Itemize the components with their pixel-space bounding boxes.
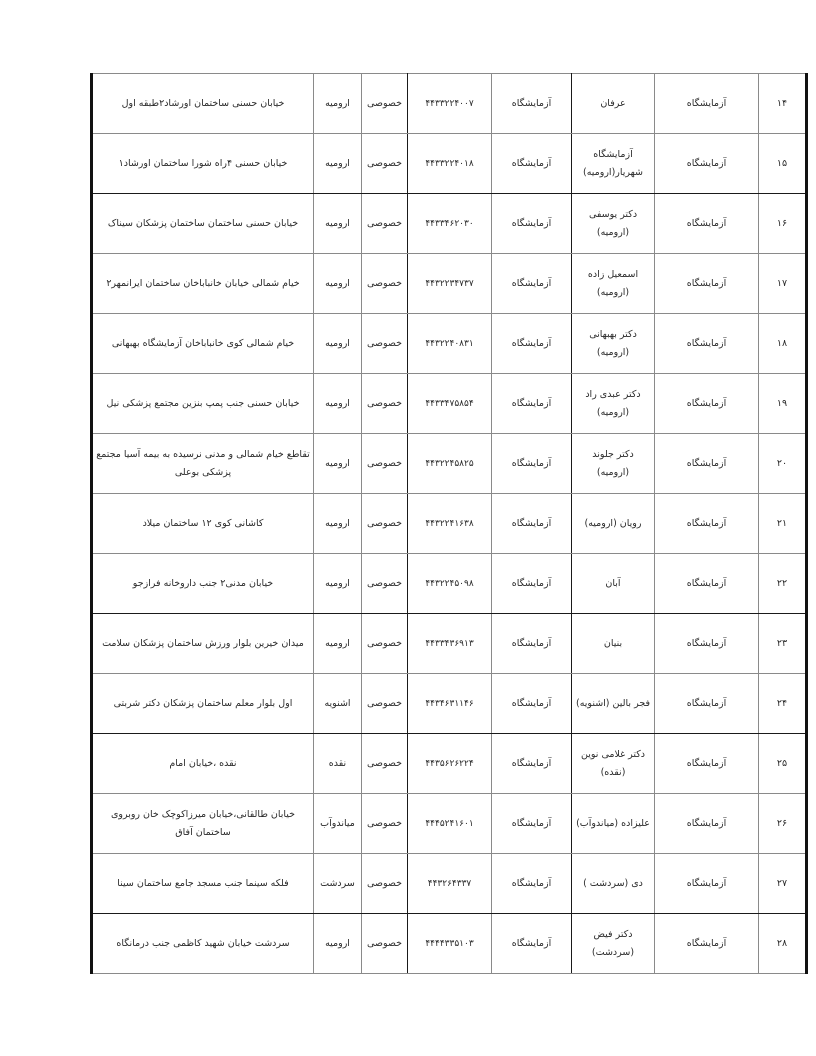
facility-name: آبان [605, 578, 620, 589]
facility-category: آزمایشگاه [512, 938, 551, 949]
table-row: ۱۴ آزمایشگاه عرفان آزمایشگاه ۴۴۳۳۲۲۴۰۰۷ … [92, 74, 807, 134]
category-cell: آزمایشگاه [492, 914, 572, 974]
table-row: ۲۱ آزمایشگاه رویان (ارومیه) آزمایشگاه ۴۴… [92, 494, 807, 554]
address-cell: خیام شمالی خیابان خانباباخان ساختمان ایر… [92, 254, 314, 314]
address-cell: فلکه سینما جنب مسجد جامع ساختمان سینا [92, 854, 314, 914]
category-cell: آزمایشگاه [492, 794, 572, 854]
ownership-status: خصوصی [367, 278, 402, 289]
city-name: اشنویه [324, 698, 350, 709]
address-text: تقاطع خیام شمالی و مدنی نرسیده به بیمه آ… [96, 449, 310, 478]
city-name: میاندوآب [320, 818, 355, 829]
phone-cell: ۴۴۳۲۲۴۵۰۹۸ [408, 554, 492, 614]
facility-type: آزمایشگاه [687, 158, 726, 169]
row-number-cell: ۱۸ [759, 314, 807, 374]
facility-category: آزمایشگاه [512, 818, 551, 829]
phone-cell: ۴۴۳۳۴۷۵۸۵۴ [408, 374, 492, 434]
ownership-status: خصوصی [367, 338, 402, 349]
phone-cell: ۴۴۳۲۲۴۱۶۳۸ [408, 494, 492, 554]
table-row: ۲۰ آزمایشگاه دکتر جلوند (ارومیه) آزمایشگ… [92, 434, 807, 494]
facility-name: دکتر فیض (سردشت) [592, 929, 634, 958]
facility-category: آزمایشگاه [512, 578, 551, 589]
phone-cell: ۴۴۳۲۲۳۴۷۳۷ [408, 254, 492, 314]
city-name: ارومیه [325, 398, 350, 409]
facility-category: آزمایشگاه [512, 338, 551, 349]
city-name: ارومیه [325, 638, 350, 649]
row-number-cell: ۲۴ [759, 674, 807, 734]
name-cell: دکتر عبدی راد (ارومیه) [572, 374, 655, 434]
address-cell: خیابان حسنی ساختمان اورشاد۲طبقه اول [92, 74, 314, 134]
ownership-status: خصوصی [367, 938, 402, 949]
phone-number: ۴۴۳۲۶۴۳۳۷ [428, 879, 472, 889]
name-cell: آبان [572, 554, 655, 614]
facility-type: آزمایشگاه [687, 98, 726, 109]
type-cell: آزمایشگاه [655, 134, 759, 194]
facility-type: آزمایشگاه [687, 878, 726, 889]
name-cell: دکتر بهبهانی (ارومیه) [572, 314, 655, 374]
table-row: ۲۵ آزمایشگاه دکتر غلامی نوین (نقده) آزما… [92, 734, 807, 794]
phone-number: ۴۴۳۳۴۶۲۰۳۰ [425, 219, 473, 229]
city-cell: ارومیه [314, 314, 362, 374]
ownership-status: خصوصی [367, 458, 402, 469]
category-cell: آزمایشگاه [492, 194, 572, 254]
type-cell: آزمایشگاه [655, 74, 759, 134]
facility-category: آزمایشگاه [512, 518, 551, 529]
facility-category: آزمایشگاه [512, 98, 551, 109]
address-cell: خیابان حسنی ساختمان ساختمان پزشکان سیناک [92, 194, 314, 254]
ownership-status: خصوصی [367, 878, 402, 889]
phone-cell: ۴۴۳۳۲۲۴۰۰۷ [408, 74, 492, 134]
address-text: خیابان حسنی ساختمان اورشاد۲طبقه اول [122, 98, 285, 109]
address-cell: خیابان حسنی ۴راه شورا ساختمان اورشاد۱ [92, 134, 314, 194]
address-cell: سردشت خیابان شهید کاظمی جنب درمانگاه [92, 914, 314, 974]
facility-category: آزمایشگاه [512, 458, 551, 469]
ownership-cell: خصوصی [362, 554, 408, 614]
facility-name: عرفان [600, 98, 625, 109]
table-row: ۱۶ آزمایشگاه دکتر یوسفی (ارومیه) آزمایشگ… [92, 194, 807, 254]
phone-cell: ۴۴۳۲۲۴۵۸۲۵ [408, 434, 492, 494]
facility-type: آزمایشگاه [687, 698, 726, 709]
row-number: ۲۵ [777, 758, 787, 769]
facility-category: آزمایشگاه [512, 758, 551, 769]
name-cell: دکتر غلامی نوین (نقده) [572, 734, 655, 794]
ownership-status: خصوصی [367, 218, 402, 229]
row-number-cell: ۲۶ [759, 794, 807, 854]
city-cell: اشنویه [314, 674, 362, 734]
ownership-cell: خصوصی [362, 194, 408, 254]
city-cell: ارومیه [314, 74, 362, 134]
facility-name: دکتر غلامی نوین (نقده) [581, 749, 645, 778]
city-cell: ارومیه [314, 194, 362, 254]
facility-name: دکتر بهبهانی (ارومیه) [589, 329, 637, 358]
ownership-status: خصوصی [367, 758, 402, 769]
ownership-cell: خصوصی [362, 674, 408, 734]
facility-name: بنیان [604, 638, 622, 649]
name-cell: دکتر فیض (سردشت) [572, 914, 655, 974]
facility-type: آزمایشگاه [687, 938, 726, 949]
ownership-status: خصوصی [367, 578, 402, 589]
ownership-cell: خصوصی [362, 734, 408, 794]
document-page: ۱۴ آزمایشگاه عرفان آزمایشگاه ۴۴۳۳۲۲۴۰۰۷ … [0, 0, 816, 1056]
address-text: فلکه سینما جنب مسجد جامع ساختمان سینا [117, 878, 288, 889]
type-cell: آزمایشگاه [655, 674, 759, 734]
row-number: ۲۳ [777, 638, 787, 649]
type-cell: آزمایشگاه [655, 434, 759, 494]
table-row: ۲۷ آزمایشگاه دی (سردشت ) آزمایشگاه ۴۴۳۲۶… [92, 854, 807, 914]
table-row: ۱۸ آزمایشگاه دکتر بهبهانی (ارومیه) آزمای… [92, 314, 807, 374]
table-row: ۲۶ آزمایشگاه علیزاده (میاندوآب) آزمایشگا… [92, 794, 807, 854]
address-text: خیابان حسنی ۴راه شورا ساختمان اورشاد۱ [119, 158, 288, 169]
city-name: نقده [329, 758, 346, 769]
type-cell: آزمایشگاه [655, 194, 759, 254]
category-cell: آزمایشگاه [492, 674, 572, 734]
city-name: سردشت [320, 878, 355, 889]
row-number-cell: ۲۰ [759, 434, 807, 494]
facility-type: آزمایشگاه [687, 458, 726, 469]
ownership-cell: خصوصی [362, 254, 408, 314]
table-row: ۱۷ آزمایشگاه اسمعیل زاده (ارومیه) آزمایش… [92, 254, 807, 314]
category-cell: آزمایشگاه [492, 854, 572, 914]
city-cell: ارومیه [314, 254, 362, 314]
row-number: ۱۹ [777, 398, 787, 409]
ownership-cell: خصوصی [362, 854, 408, 914]
row-number: ۱۷ [777, 278, 787, 289]
facility-name: اسمعیل زاده (ارومیه) [588, 269, 638, 298]
facility-type: آزمایشگاه [687, 218, 726, 229]
phone-number: ۴۴۳۲۲۴۵۸۲۵ [425, 459, 473, 469]
ownership-cell: خصوصی [362, 314, 408, 374]
address-cell: خیابان حسنی جنب پمپ بنزین مجتمع پزشکی نی… [92, 374, 314, 434]
facility-category: آزمایشگاه [512, 878, 551, 889]
ownership-status: خصوصی [367, 518, 402, 529]
ownership-cell: خصوصی [362, 74, 408, 134]
row-number-cell: ۱۷ [759, 254, 807, 314]
address-text: خیام شمالی کوی خانباباخان آزمایشگاه بهبه… [112, 338, 294, 349]
ownership-status: خصوصی [367, 638, 402, 649]
address-cell: نقده ،خیابان امام [92, 734, 314, 794]
city-name: ارومیه [325, 338, 350, 349]
ownership-cell: خصوصی [362, 614, 408, 674]
row-number: ۲۷ [777, 878, 787, 889]
phone-cell: ۴۴۴۴۳۳۵۱۰۳ [408, 914, 492, 974]
city-cell: ارومیه [314, 134, 362, 194]
city-cell: نقده [314, 734, 362, 794]
row-number: ۲۲ [777, 578, 787, 589]
address-text: خیابان حسنی ساختمان ساختمان پزشکان سیناک [108, 218, 298, 229]
type-cell: آزمایشگاه [655, 254, 759, 314]
facility-category: آزمایشگاه [512, 698, 551, 709]
phone-cell: ۴۴۳۳۴۳۶۹۱۳ [408, 614, 492, 674]
type-cell: آزمایشگاه [655, 374, 759, 434]
facility-name: آزمایشگاه شهریار(ارومیه) [583, 149, 643, 178]
city-name: ارومیه [325, 218, 350, 229]
row-number-cell: ۲۳ [759, 614, 807, 674]
ownership-status: خصوصی [367, 158, 402, 169]
phone-cell: ۴۴۴۵۲۴۱۶۰۱ [408, 794, 492, 854]
category-cell: آزمایشگاه [492, 614, 572, 674]
ownership-status: خصوصی [367, 818, 402, 829]
facility-type: آزمایشگاه [687, 638, 726, 649]
name-cell: رویان (ارومیه) [572, 494, 655, 554]
phone-number: ۴۴۳۳۴۳۶۹۱۳ [425, 639, 473, 649]
facility-category: آزمایشگاه [512, 218, 551, 229]
address-cell: کاشانی کوی ۱۲ ساختمان میلاد [92, 494, 314, 554]
name-cell: فجر بالین (اشنویه) [572, 674, 655, 734]
ownership-cell: خصوصی [362, 914, 408, 974]
phone-number: ۴۴۴۴۳۳۵۱۰۳ [425, 939, 473, 949]
address-cell: خیابان طالقانی،خیابان میرزاکوچک خان روبر… [92, 794, 314, 854]
row-number: ۲۰ [777, 458, 787, 469]
address-text: خیابان حسنی جنب پمپ بنزین مجتمع پزشکی نی… [107, 398, 300, 409]
city-cell: سردشت [314, 854, 362, 914]
facility-category: آزمایشگاه [512, 278, 551, 289]
facility-type: آزمایشگاه [687, 818, 726, 829]
facility-type: آزمایشگاه [687, 278, 726, 289]
name-cell: علیزاده (میاندوآب) [572, 794, 655, 854]
ownership-cell: خصوصی [362, 434, 408, 494]
address-text: کاشانی کوی ۱۲ ساختمان میلاد [143, 518, 264, 529]
facility-type: آزمایشگاه [687, 518, 726, 529]
phone-cell: ۴۴۳۳۲۲۴۰۱۸ [408, 134, 492, 194]
table-row: ۲۴ آزمایشگاه فجر بالین (اشنویه) آزمایشگا… [92, 674, 807, 734]
type-cell: آزمایشگاه [655, 914, 759, 974]
phone-number: ۴۴۳۲۲۴۱۶۳۸ [425, 519, 473, 529]
facility-type: آزمایشگاه [687, 578, 726, 589]
row-number: ۱۴ [777, 98, 787, 109]
row-number-cell: ۲۷ [759, 854, 807, 914]
phone-cell: ۴۴۳۲۶۴۳۳۷ [408, 854, 492, 914]
address-cell: خیابان مدنی۲ جنب داروخانه فرازجو [92, 554, 314, 614]
phone-number: ۴۴۳۵۶۲۶۲۲۴ [425, 759, 473, 769]
row-number: ۱۶ [777, 218, 787, 229]
row-number-cell: ۲۵ [759, 734, 807, 794]
city-name: ارومیه [325, 278, 350, 289]
laboratory-table: ۱۴ آزمایشگاه عرفان آزمایشگاه ۴۴۳۳۲۲۴۰۰۷ … [90, 73, 808, 974]
address-text: خیابان طالقانی،خیابان میرزاکوچک خان روبر… [111, 809, 295, 838]
row-number: ۱۸ [777, 338, 787, 349]
city-cell: ارومیه [314, 914, 362, 974]
type-cell: آزمایشگاه [655, 494, 759, 554]
table-row: ۲۲ آزمایشگاه آبان آزمایشگاه ۴۴۳۲۲۴۵۰۹۸ خ… [92, 554, 807, 614]
ownership-status: خصوصی [367, 698, 402, 709]
phone-number: ۴۴۳۲۲۴۰۸۳۱ [425, 339, 473, 349]
phone-number: ۴۴۳۳۲۲۴۰۰۷ [425, 99, 473, 109]
phone-cell: ۴۴۳۴۶۳۱۱۴۶ [408, 674, 492, 734]
category-cell: آزمایشگاه [492, 374, 572, 434]
facility-category: آزمایشگاه [512, 158, 551, 169]
phone-cell: ۴۴۳۵۶۲۶۲۲۴ [408, 734, 492, 794]
facility-type: آزمایشگاه [687, 398, 726, 409]
facility-name: دکتر یوسفی (ارومیه) [589, 209, 637, 238]
row-number: ۲۴ [777, 698, 787, 709]
ownership-cell: خصوصی [362, 494, 408, 554]
facility-category: آزمایشگاه [512, 638, 551, 649]
row-number: ۲۸ [777, 938, 787, 949]
facility-name: دکتر جلوند (ارومیه) [592, 449, 633, 478]
address-text: خیام شمالی خیابان خانباباخان ساختمان ایر… [106, 278, 299, 289]
row-number-cell: ۱۶ [759, 194, 807, 254]
address-text: نقده ،خیابان امام [169, 758, 236, 769]
row-number-cell: ۲۱ [759, 494, 807, 554]
city-cell: ارومیه [314, 374, 362, 434]
city-cell: میاندوآب [314, 794, 362, 854]
city-name: ارومیه [325, 98, 350, 109]
name-cell: عرفان [572, 74, 655, 134]
city-cell: ارومیه [314, 434, 362, 494]
address-cell: اول بلوار معلم ساختمان پزشکان دکتر شربتی [92, 674, 314, 734]
category-cell: آزمایشگاه [492, 134, 572, 194]
facility-name: دی (سردشت ) [583, 878, 643, 889]
table-row: ۲۳ آزمایشگاه بنیان آزمایشگاه ۴۴۳۳۴۳۶۹۱۳ … [92, 614, 807, 674]
facility-name: فجر بالین (اشنویه) [576, 698, 650, 709]
ownership-cell: خصوصی [362, 374, 408, 434]
category-cell: آزمایشگاه [492, 434, 572, 494]
phone-cell: ۴۴۳۲۲۴۰۸۳۱ [408, 314, 492, 374]
ownership-cell: خصوصی [362, 794, 408, 854]
phone-cell: ۴۴۳۳۴۶۲۰۳۰ [408, 194, 492, 254]
city-cell: ارومیه [314, 494, 362, 554]
facility-category: آزمایشگاه [512, 398, 551, 409]
facility-name: دکتر عبدی راد (ارومیه) [585, 389, 640, 418]
address-cell: خیام شمالی کوی خانباباخان آزمایشگاه بهبه… [92, 314, 314, 374]
address-text: سردشت خیابان شهید کاظمی جنب درمانگاه [116, 938, 289, 949]
category-cell: آزمایشگاه [492, 554, 572, 614]
name-cell: اسمعیل زاده (ارومیه) [572, 254, 655, 314]
category-cell: آزمایشگاه [492, 254, 572, 314]
address-cell: تقاطع خیام شمالی و مدنی نرسیده به بیمه آ… [92, 434, 314, 494]
city-cell: ارومیه [314, 554, 362, 614]
row-number: ۲۱ [777, 518, 787, 529]
city-cell: ارومیه [314, 614, 362, 674]
ownership-status: خصوصی [367, 98, 402, 109]
category-cell: آزمایشگاه [492, 314, 572, 374]
ownership-cell: خصوصی [362, 134, 408, 194]
row-number: ۲۶ [777, 818, 787, 829]
address-text: خیابان مدنی۲ جنب داروخانه فرازجو [133, 578, 273, 589]
address-cell: میدان خیرین بلوار ورزش ساختمان پزشکان سل… [92, 614, 314, 674]
city-name: ارومیه [325, 938, 350, 949]
address-text: میدان خیرین بلوار ورزش ساختمان پزشکان سل… [102, 638, 304, 649]
phone-number: ۴۴۳۲۲۴۵۰۹۸ [425, 579, 473, 589]
type-cell: آزمایشگاه [655, 614, 759, 674]
ownership-status: خصوصی [367, 398, 402, 409]
type-cell: آزمایشگاه [655, 554, 759, 614]
type-cell: آزمایشگاه [655, 734, 759, 794]
row-number-cell: ۱۵ [759, 134, 807, 194]
facility-type: آزمایشگاه [687, 338, 726, 349]
name-cell: دکتر یوسفی (ارومیه) [572, 194, 655, 254]
type-cell: آزمایشگاه [655, 854, 759, 914]
phone-number: ۴۴۳۴۶۳۱۱۴۶ [425, 699, 473, 709]
city-name: ارومیه [325, 578, 350, 589]
city-name: ارومیه [325, 458, 350, 469]
type-cell: آزمایشگاه [655, 794, 759, 854]
row-number-cell: ۱۹ [759, 374, 807, 434]
category-cell: آزمایشگاه [492, 74, 572, 134]
phone-number: ۴۴۳۳۲۲۴۰۱۸ [425, 159, 473, 169]
facility-name: علیزاده (میاندوآب) [576, 818, 650, 829]
name-cell: دی (سردشت ) [572, 854, 655, 914]
facility-name: رویان (ارومیه) [585, 518, 642, 529]
phone-number: ۴۴۳۲۲۳۴۷۳۷ [425, 279, 473, 289]
type-cell: آزمایشگاه [655, 314, 759, 374]
name-cell: بنیان [572, 614, 655, 674]
table-row: ۱۵ آزمایشگاه آزمایشگاه شهریار(ارومیه) آز… [92, 134, 807, 194]
category-cell: آزمایشگاه [492, 734, 572, 794]
name-cell: دکتر جلوند (ارومیه) [572, 434, 655, 494]
facility-type: آزمایشگاه [687, 758, 726, 769]
city-name: ارومیه [325, 158, 350, 169]
name-cell: آزمایشگاه شهریار(ارومیه) [572, 134, 655, 194]
table-row: ۱۹ آزمایشگاه دکتر عبدی راد (ارومیه) آزما… [92, 374, 807, 434]
phone-number: ۴۴۳۳۴۷۵۸۵۴ [425, 399, 473, 409]
table-row: ۲۸ آزمایشگاه دکتر فیض (سردشت) آزمایشگاه … [92, 914, 807, 974]
row-number-cell: ۲۲ [759, 554, 807, 614]
row-number: ۱۵ [777, 158, 787, 169]
city-name: ارومیه [325, 518, 350, 529]
phone-number: ۴۴۴۵۲۴۱۶۰۱ [425, 819, 473, 829]
address-text: اول بلوار معلم ساختمان پزشکان دکتر شربتی [114, 698, 293, 709]
row-number-cell: ۲۸ [759, 914, 807, 974]
category-cell: آزمایشگاه [492, 494, 572, 554]
row-number-cell: ۱۴ [759, 74, 807, 134]
